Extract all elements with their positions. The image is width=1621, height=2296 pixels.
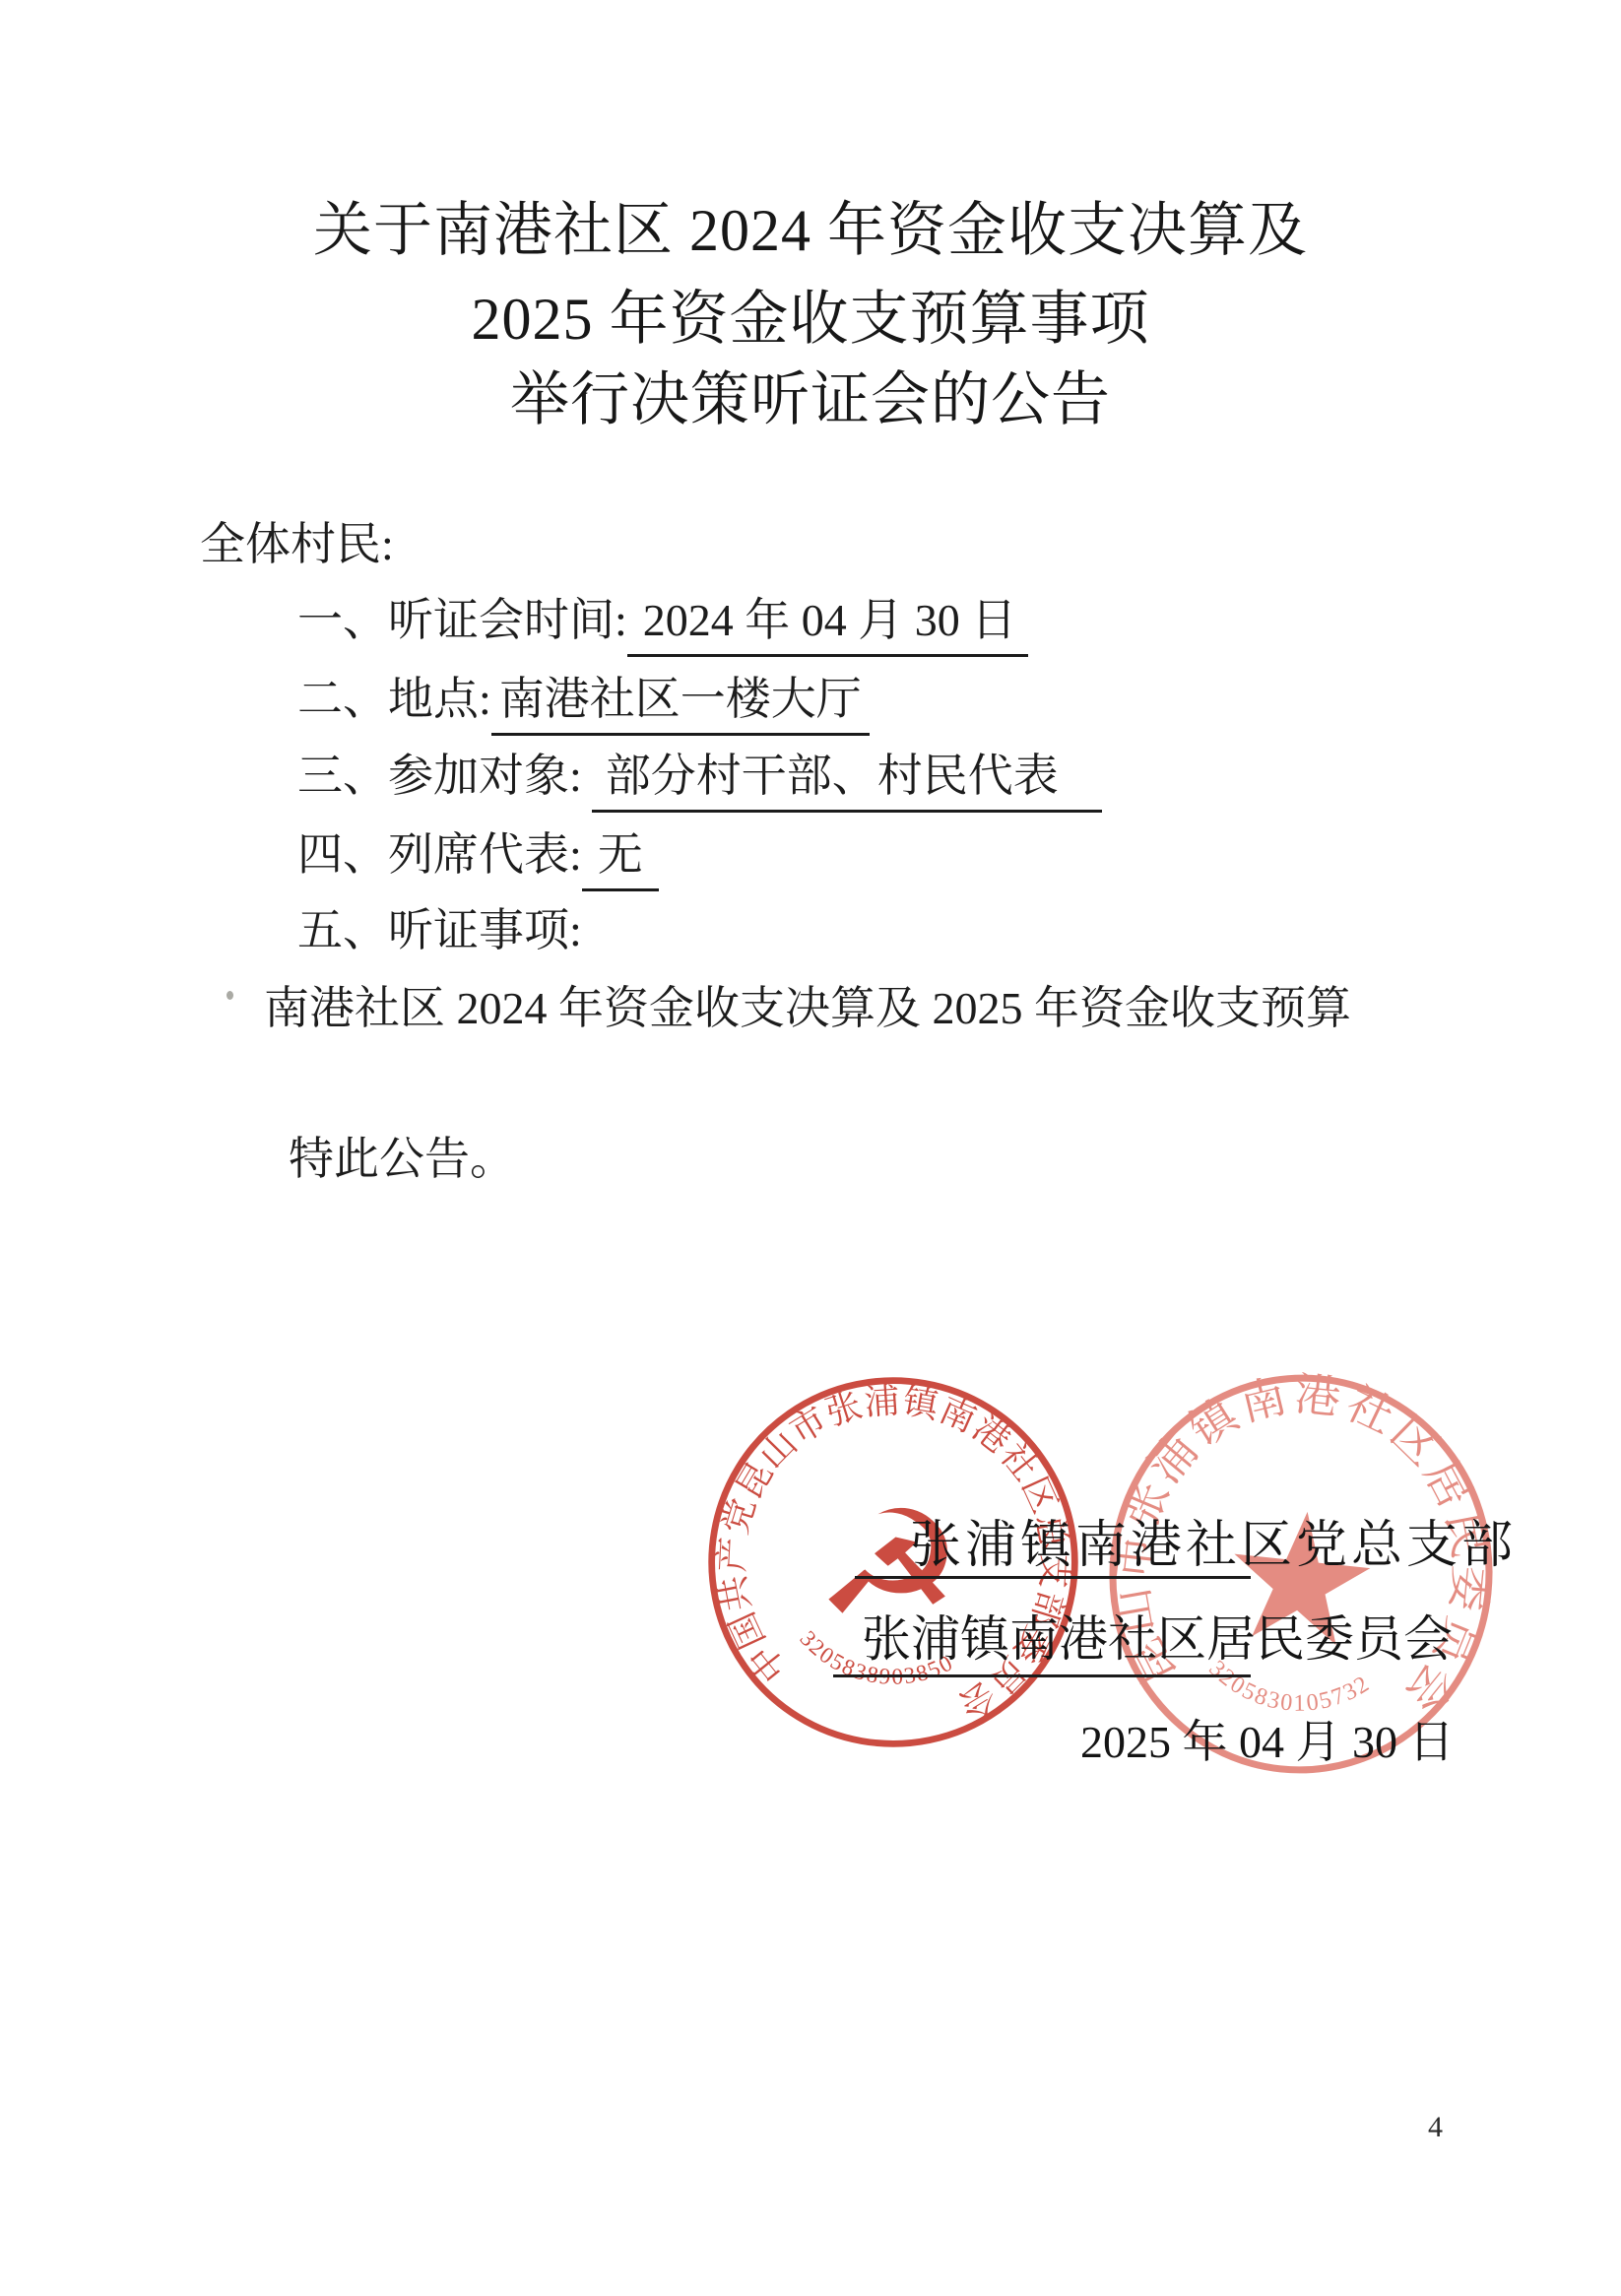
- item-value-underlined: 南港社区一楼大厅: [491, 663, 870, 736]
- item-value-underlined: 部分村干部、村民代表: [592, 740, 1102, 813]
- notice-title-line-2: 2025 年资金收支预算事项: [0, 272, 1621, 357]
- item-participants: 三、参加对象:部分村干部、村民代表: [297, 740, 1102, 813]
- signature-underline-2: [833, 1674, 1251, 1677]
- page-number: 4: [1428, 2111, 1443, 2144]
- item-label: 四、列席代表:: [297, 819, 582, 884]
- scan-artifact-dot: [227, 991, 233, 1000]
- item-label: 三、参加对象:: [297, 740, 582, 805]
- item-observers: 四、列席代表:无: [297, 819, 659, 891]
- item-label: 二、地点:: [297, 663, 491, 728]
- item-location: 二、地点:南港社区一楼大厅: [297, 663, 870, 736]
- closing-statement: 特此公告。: [289, 1123, 515, 1188]
- signature-org-line-2: 张浦镇南港社区居民委员会: [862, 1600, 1453, 1671]
- notice-title-line-1: 关于南港社区 2024 年资金收支决算及: [0, 183, 1621, 268]
- scanned-notice-page: 关于南港社区 2024 年资金收支决算及 2025 年资金收支预算事项 举行决策…: [0, 0, 1621, 2296]
- signature-date: 2025 年 04 月 30 日: [1080, 1706, 1455, 1771]
- item-hearing-matters: 五、听证事项:: [297, 894, 592, 959]
- hearing-subject: 南港社区 2024 年资金收支决算及 2025 年资金收支预算: [264, 972, 1351, 1037]
- item-value-underlined: 无: [582, 819, 659, 891]
- notice-title-line-3: 举行决策听证会的公告: [0, 353, 1621, 437]
- salutation: 全体村民:: [200, 508, 394, 573]
- item-hearing-time: 一、听证会时间:2024 年 04 月 30 日: [297, 584, 1028, 657]
- item-label: 五、听证事项:: [297, 894, 582, 959]
- item-label: 一、听证会时间:: [297, 584, 627, 649]
- signature-underline-1: [855, 1576, 1251, 1579]
- item-value-underlined: 2024 年 04 月 30 日: [627, 584, 1029, 657]
- signature-org-line-1: 张浦镇南港社区党总支部: [910, 1503, 1517, 1577]
